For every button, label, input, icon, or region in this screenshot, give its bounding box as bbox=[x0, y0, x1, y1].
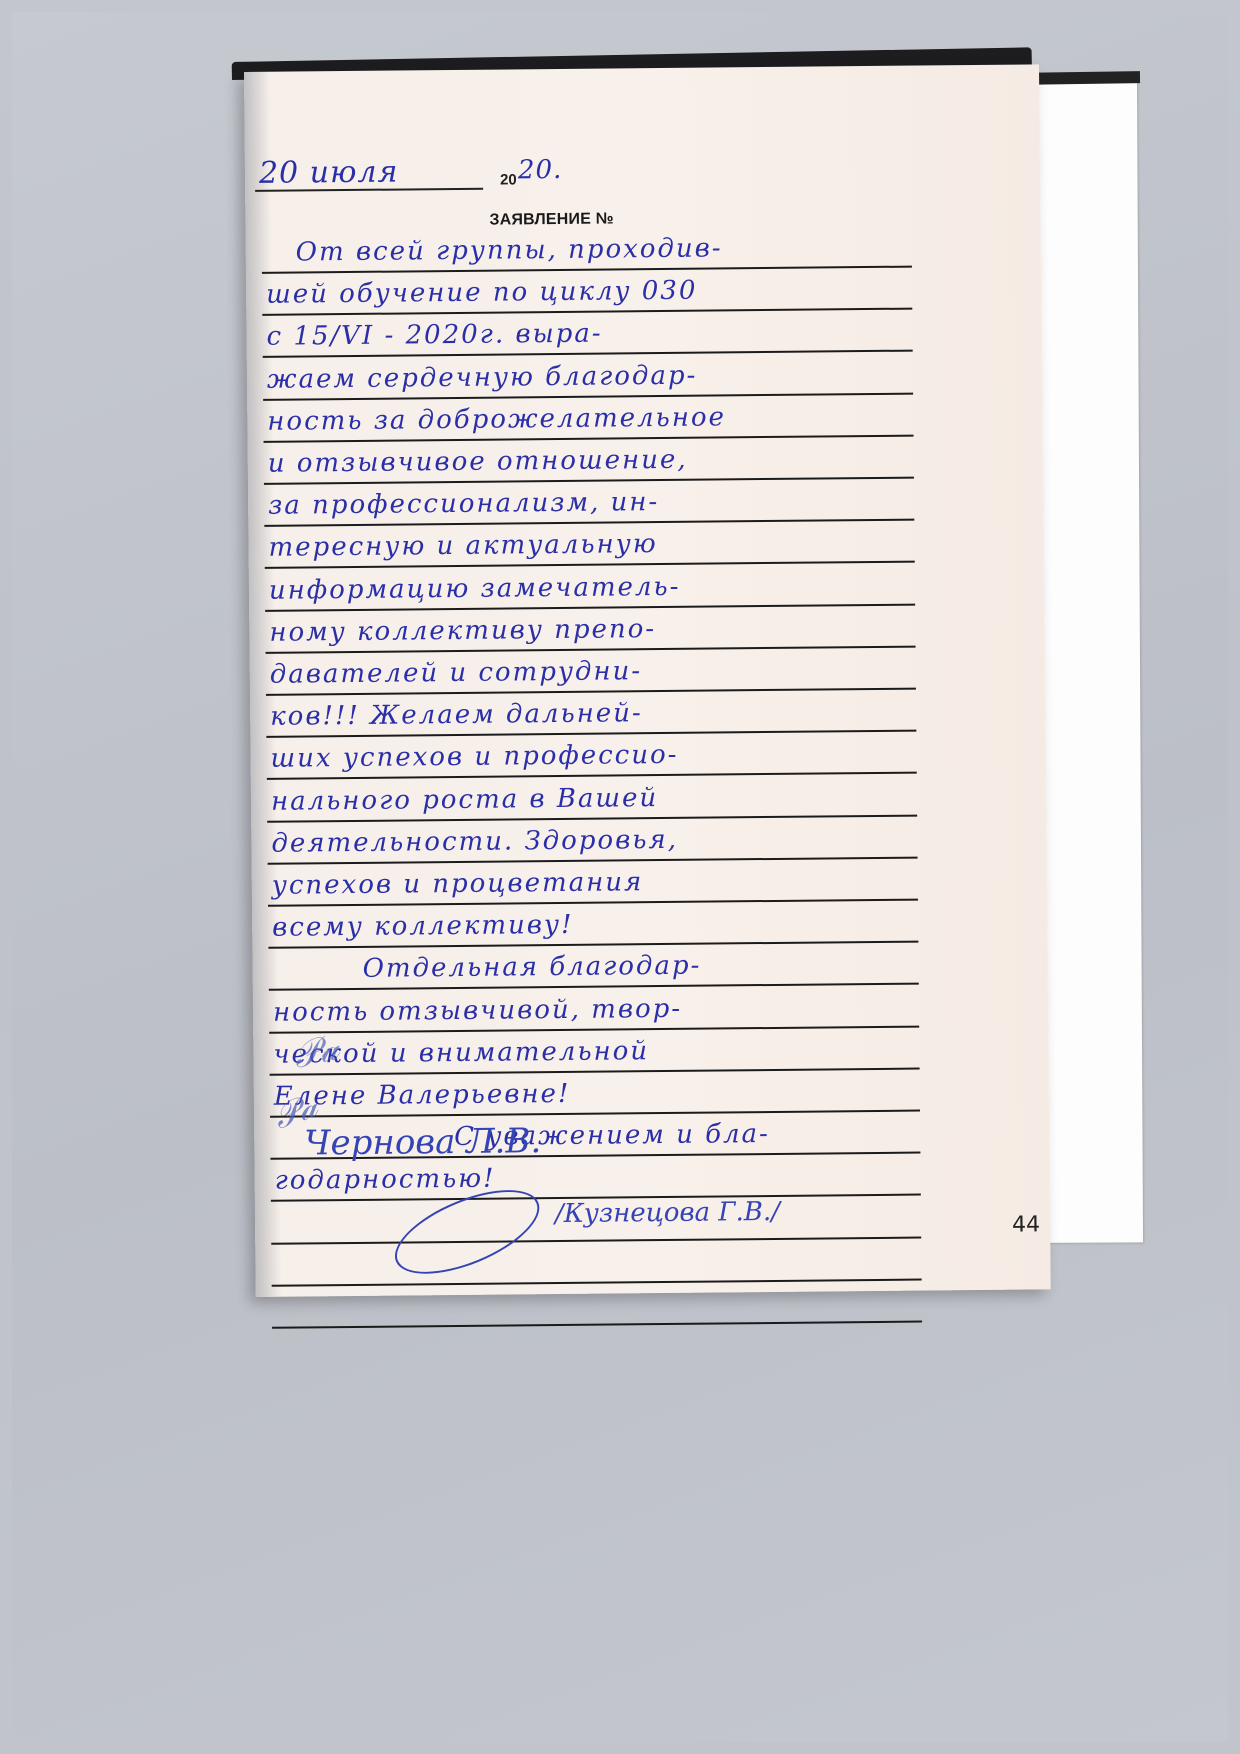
document-title: ЗАЯВЛЕНИЕ № bbox=[489, 210, 614, 229]
handwritten-line: годарностью! bbox=[275, 1164, 496, 1196]
notebook-page: 20 июля 20 20. ЗАЯВЛЕНИЕ № От всей групп… bbox=[244, 64, 1051, 1297]
handwritten-line: успехов и процветания bbox=[272, 867, 644, 901]
ruled-line bbox=[272, 1278, 922, 1286]
handwritten-line: Елене Валерьевне! bbox=[274, 1079, 571, 1112]
handwritten-line: Отдельная благодар- bbox=[362, 951, 701, 984]
handwritten-line: за профессионализм, ин- bbox=[268, 487, 659, 521]
handwritten-line: жаем сердечную благодар- bbox=[267, 360, 698, 394]
handwritten-line: нального роста в Вашей bbox=[271, 783, 658, 817]
handwritten-line: ших успехов и профессио- bbox=[270, 740, 678, 774]
handwritten-line: шей обучение по циклу 030 bbox=[266, 276, 698, 310]
signature-3: Черновa Л.В. bbox=[304, 1121, 541, 1163]
handwritten-line: ность отзывчивой, твор- bbox=[273, 993, 682, 1027]
handwritten-line: давателей и сотрудни- bbox=[270, 656, 643, 690]
handwritten-line: всему коллективу! bbox=[272, 910, 574, 943]
handwritten-line: с 15/VI - 2020г. выра- bbox=[266, 319, 602, 352]
handwritten-year-suffix: 20. bbox=[518, 155, 563, 185]
printed-year-prefix: 20 bbox=[500, 171, 517, 188]
handwritten-line: деятельности. Здоровья, bbox=[271, 825, 678, 859]
handwritten-line: ность за доброжелательное bbox=[267, 402, 726, 436]
signature-4-name: /Кузнецова Г.В./ bbox=[555, 1197, 780, 1229]
handwritten-line: От всей группы, проходив- bbox=[296, 233, 723, 267]
signature-1: 𝒫𝒶 bbox=[289, 1027, 343, 1078]
handwritten-date: 20 июля bbox=[259, 155, 399, 191]
handwritten-line: ному коллективу препо- bbox=[269, 614, 656, 648]
handwritten-line: ков!!! Желаем дальней- bbox=[270, 698, 643, 732]
handwritten-line: и отзывчивое отношение, bbox=[268, 445, 688, 479]
ruled-line bbox=[271, 1236, 921, 1244]
handwritten-line: информацию замечатель- bbox=[269, 571, 681, 605]
page-number: 44 bbox=[1012, 1212, 1040, 1237]
handwritten-line: тересную и актуальную bbox=[268, 529, 657, 563]
